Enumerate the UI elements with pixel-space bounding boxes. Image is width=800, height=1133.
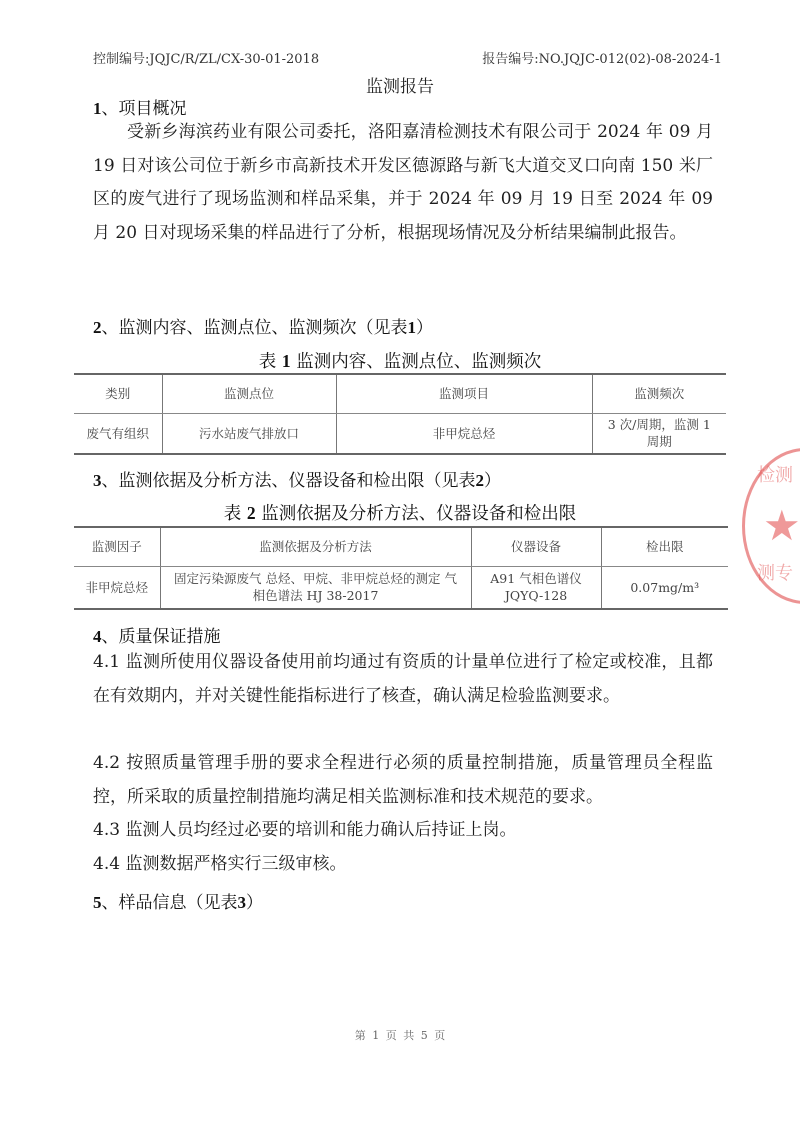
header-cell: 仪器设备: [471, 527, 601, 566]
table-cell: 污水站废气排放口: [162, 413, 336, 454]
paren-close: ）: [484, 471, 501, 491]
table-1-caption: 表 1 监测内容、监测点位、监测频次: [0, 348, 800, 373]
header-cell: 监测因子: [74, 527, 160, 566]
report-number: 报告编号:NO.JQJC-012(02)-08-2024-1: [482, 48, 722, 67]
table-2-caption: 表 2 监测依据及分析方法、仪器设备和检出限: [0, 500, 800, 525]
caption-prefix: 表: [224, 504, 242, 524]
qa-item-4-3: 4.3 监测人员均经过必要的培训和能力确认后持证上岗。: [93, 814, 713, 848]
section-4-heading: 4、质量保证措施: [93, 622, 221, 647]
table-row: 废气有组织 污水站废气排放口 非甲烷总烃 3 次/周期，监测 1 周期: [74, 413, 726, 454]
section-title: 、监测依据及分析方法、仪器设备和检出限（见表: [102, 471, 476, 491]
page-number: 第 1 页 共 5 页: [0, 1027, 800, 1043]
qa-item-4-4: 4.4 监测数据严格实行三级审核。: [93, 848, 713, 882]
section-3-heading: 3、监测依据及分析方法、仪器设备和检出限（见表2）: [93, 466, 501, 491]
table-ref: 3: [238, 893, 247, 912]
official-seal: 检测 ★ 测专: [742, 448, 800, 604]
header-cell: 检出限: [601, 527, 728, 566]
caption-number: 2: [247, 503, 256, 523]
section-title: 、质量保证措施: [102, 627, 221, 647]
section-number: 3: [93, 471, 102, 490]
caption-text: 监测依据及分析方法、仪器设备和检出限: [261, 504, 576, 524]
caption-text: 监测内容、监测点位、监测频次: [296, 352, 541, 372]
table-2: 监测因子 监测依据及分析方法 仪器设备 检出限 非甲烷总烃 固定污染源废气 总烃…: [74, 526, 728, 610]
caption-number: 1: [282, 351, 291, 371]
control-number: 控制编号:JQJC/R/ZL/CX-30-01-2018: [93, 48, 319, 67]
table-row: 非甲烷总烃 固定污染源废气 总烃、甲烷、非甲烷总烃的测定 气相色谱法 HJ 38…: [74, 566, 728, 609]
section-number: 5: [93, 893, 102, 912]
table-cell: 3 次/周期，监测 1 周期: [592, 413, 726, 454]
table-header-row: 监测因子 监测依据及分析方法 仪器设备 检出限: [74, 527, 728, 566]
section-5-heading: 5、样品信息（见表3）: [93, 888, 263, 913]
seal-bottom-text: 测专: [757, 559, 793, 585]
section-title: 、监测内容、监测点位、监测频次（见表: [102, 318, 408, 338]
table-cell: 废气有组织: [74, 413, 162, 454]
table-1: 类别 监测点位 监测项目 监测频次 废气有组织 污水站废气排放口 非甲烷总烃 3…: [74, 373, 726, 455]
star-icon: ★: [763, 501, 800, 550]
paren-close: ）: [416, 318, 433, 338]
header-cell: 监测依据及分析方法: [160, 527, 471, 566]
table-cell: 0.07mg/m³: [601, 566, 728, 609]
header-cell: 监测频次: [592, 374, 726, 413]
table-ref: 1: [408, 318, 417, 337]
table-cell: 非甲烷总烃: [336, 413, 592, 454]
section-title: 、样品信息（见表: [102, 893, 238, 913]
caption-prefix: 表: [259, 352, 277, 372]
table-header-row: 类别 监测点位 监测项目 监测频次: [74, 374, 726, 413]
header-cell: 监测点位: [162, 374, 336, 413]
seal-top-text: 检测: [757, 461, 793, 487]
table-cell: 固定污染源废气 总烃、甲烷、非甲烷总烃的测定 气相色谱法 HJ 38-2017: [160, 566, 471, 609]
table-cell: 非甲烷总烃: [74, 566, 160, 609]
section-number: 2: [93, 318, 102, 337]
table-cell: A91 气相色谱仪 JQYQ-128: [471, 566, 601, 609]
paren-close: ）: [246, 893, 263, 913]
section-2-heading: 2、监测内容、监测点位、监测频次（见表1）: [93, 313, 433, 338]
section-1-body: 受新乡海滨药业有限公司委托，洛阳嘉清检测技术有限公司于 2024 年 09 月 …: [93, 116, 713, 250]
qa-item-4-2: 4.2 按照质量管理手册的要求全程进行必须的质量控制措施，质量管理员全程监控，所…: [93, 747, 713, 814]
header-cell: 类别: [74, 374, 162, 413]
qa-item-4-1: 4.1 监测所使用仪器设备使用前均通过有资质的计量单位进行了检定或校准，且都在有…: [93, 646, 713, 713]
table-ref: 2: [476, 471, 485, 490]
section-number: 4: [93, 627, 102, 646]
header-cell: 监测项目: [336, 374, 592, 413]
